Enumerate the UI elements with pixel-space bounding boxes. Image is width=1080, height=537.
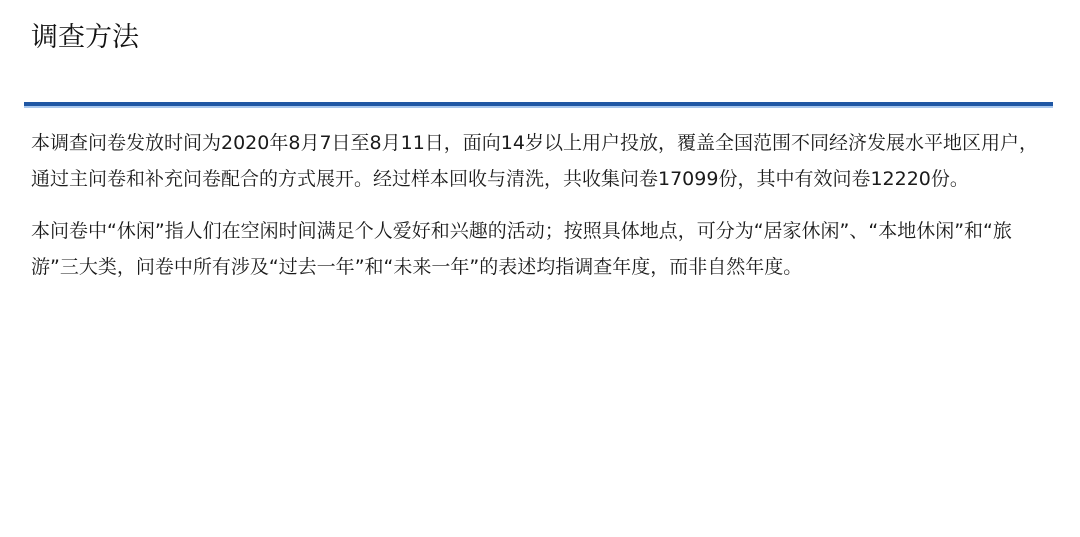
title-divider [24,102,1053,108]
paragraph-leisure-definition: 本问卷中“休闲”指人们在空闲时间满足个人爱好和兴趣的活动；按照具体地点，可分为“… [31,213,1041,285]
section-body: 本调查问卷发放时间为2020年8月7日至8月11日，面向14岁以上用户投放，覆盖… [31,125,1041,301]
section-title: 调查方法 [31,18,139,58]
paragraph-survey-period: 本调查问卷发放时间为2020年8月7日至8月11日，面向14岁以上用户投放，覆盖… [31,125,1041,197]
